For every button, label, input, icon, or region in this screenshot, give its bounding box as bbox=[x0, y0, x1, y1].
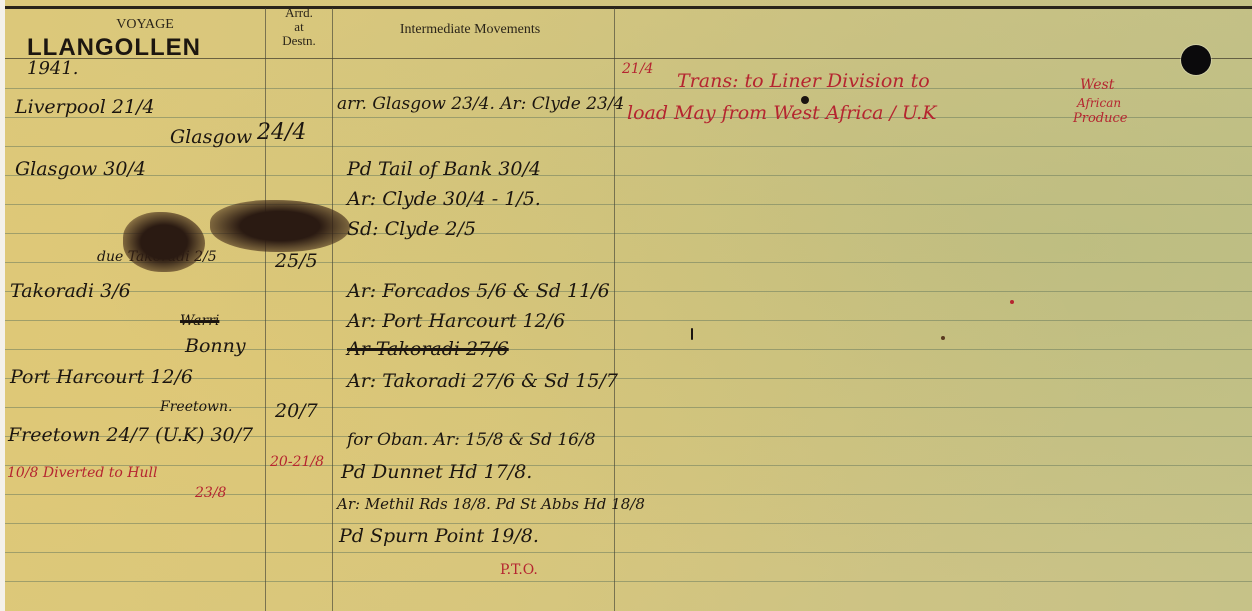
ruled-line bbox=[5, 581, 1252, 582]
movement-entry: Ar: Takoradi 27/6 & Sd 15/7 bbox=[347, 372, 618, 391]
remarks-side-note-2: African bbox=[1077, 97, 1121, 109]
header-voyage: VOYAGE bbox=[85, 18, 205, 32]
header-destn: Destn. bbox=[266, 34, 332, 48]
movement-entry: Pd Spurn Point 19/8. bbox=[339, 527, 539, 546]
year: 1941. bbox=[27, 60, 79, 78]
ship-name: LLANGOLLEN bbox=[27, 36, 201, 60]
voyage-entry: Freetown. bbox=[160, 400, 232, 414]
voyage-entry: Liverpool 21/4 bbox=[15, 98, 155, 117]
remarks-side-note-1: West bbox=[1080, 78, 1114, 92]
punch-hole bbox=[1181, 45, 1211, 75]
voyage-entry: Glasgow 30/4 bbox=[15, 160, 146, 179]
movement-entry-struck: Ar Takoradi 27/6 bbox=[347, 340, 509, 359]
arrival-entry: 25/5 bbox=[275, 252, 318, 271]
arrival-entry: 20/7 bbox=[275, 402, 318, 421]
remarks-date: 21/4 bbox=[622, 62, 653, 76]
movement-entry: Ar: Methil Rds 18/8. Pd St Abbs Hd 18/8 bbox=[337, 497, 645, 512]
column-divider-arrival bbox=[332, 8, 333, 611]
movement-entry: Pd Dunnet Hd 17/8. bbox=[341, 463, 532, 482]
voyage-entry: Freetown 24/7 (U.K) 30/7 bbox=[8, 426, 253, 445]
column-divider-voyage bbox=[265, 8, 266, 611]
ship-movement-record-card: VOYAGE Arrd. at Destn. Intermediate Move… bbox=[5, 0, 1252, 611]
ruled-line bbox=[5, 291, 1252, 292]
remarks-line-1: Trans: to Liner Division to bbox=[677, 72, 930, 91]
movement-entry: for Oban. Ar: 15/8 & Sd 16/8 bbox=[347, 432, 596, 449]
pto-note: P.T.O. bbox=[500, 563, 538, 577]
ruled-line bbox=[5, 88, 1252, 89]
ruled-line bbox=[5, 465, 1252, 466]
ink-speck bbox=[691, 328, 693, 340]
remarks-side-note-3: Produce bbox=[1073, 112, 1127, 125]
red-speck bbox=[1010, 300, 1014, 304]
card-top-border bbox=[5, 6, 1252, 9]
voyage-entry-struck: Warri bbox=[180, 314, 219, 328]
voyage-entry: Bonny bbox=[185, 337, 246, 356]
ruled-line bbox=[5, 204, 1252, 205]
header-arrd-at-destn: Arrd. at Destn. bbox=[266, 6, 332, 48]
ink-speck bbox=[801, 96, 809, 104]
header-intermediate-movements: Intermediate Movements bbox=[345, 23, 595, 37]
header-at: at bbox=[266, 20, 332, 34]
arrival-entry: 24/4 bbox=[257, 122, 306, 144]
movement-entry: Sd: Clyde 2/5 bbox=[347, 220, 476, 239]
ruled-line bbox=[5, 552, 1252, 553]
voyage-entry: Takoradi 3/6 bbox=[10, 282, 131, 301]
arrival-entry-red: 20-21/8 bbox=[270, 455, 324, 469]
voyage-entry-red: 23/8 bbox=[195, 486, 226, 500]
movement-entry: arr. Glasgow 23/4. Ar: Clyde 23/4 bbox=[337, 96, 624, 113]
ruled-line bbox=[5, 175, 1252, 176]
ink-blot bbox=[210, 200, 350, 252]
movement-entry: Ar: Port Harcourt 12/6 bbox=[347, 312, 565, 331]
movement-entry: Pd Tail of Bank 30/4 bbox=[347, 160, 541, 179]
voyage-entry-red: 10/8 Diverted to Hull bbox=[7, 466, 158, 480]
voyage-entry: Port Harcourt 12/6 bbox=[10, 368, 193, 387]
ink-speck bbox=[941, 336, 945, 340]
movement-entry: Ar: Clyde 30/4 - 1/5. bbox=[347, 190, 541, 209]
voyage-entry: Glasgow bbox=[170, 128, 252, 147]
remarks-line-2: load May from West Africa / U.K bbox=[627, 104, 936, 123]
movement-entry: Ar: Forcados 5/6 & Sd 11/6 bbox=[347, 282, 610, 301]
ruled-line bbox=[5, 523, 1252, 524]
header-arrd: Arrd. bbox=[266, 6, 332, 20]
ink-blot bbox=[123, 212, 205, 272]
